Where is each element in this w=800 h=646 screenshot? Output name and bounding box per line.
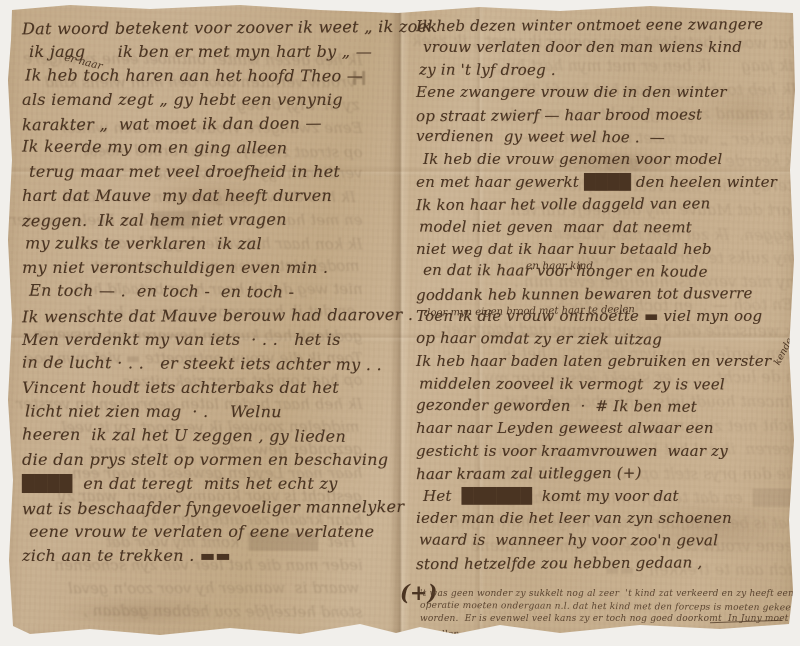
handwriting-line: my zulks te verklaren ik zal xyxy=(25,231,437,256)
handwriting-line: model niet geven maar dat neemt xyxy=(419,215,777,238)
handwriting-line: zy in 't lyf droeg . xyxy=(419,58,777,81)
letter-sheet: Ik heb dezen winter ontmoet eene zwanger… xyxy=(0,0,800,646)
handwriting-line: waard is wanneer hy voor zoo'n geval xyxy=(10,577,360,601)
handwriting-line: Ik heb dezen winter ontmoet eene zwanger… xyxy=(416,13,777,38)
handwriting-line: zeggen. Ik zal hem niet vragen xyxy=(22,207,437,234)
handwriting-line: goddank heb kunnen bewaren tot dusverre xyxy=(416,282,777,307)
handwriting-line: Dat woord betekent voor zoover ik weet „… xyxy=(22,15,437,42)
handwriting-line: heeren ik zal het U zeggen , gy lieden xyxy=(22,423,438,450)
handwriting-line: verdienen gy weet wel hoe . — xyxy=(416,125,777,150)
footnote-line: 't was geen wonder zy sukkelt nog al zee… xyxy=(406,588,800,601)
handwriting-line: Ik heb die vrouw genomen voor model xyxy=(423,148,777,170)
handwriting-line: op straat zwierf — haar brood moest xyxy=(416,103,777,128)
right-page: Dat woord betekent voor zoover ik weet „… xyxy=(398,0,800,646)
handwriting-line: stond hetzelfde zou hebben gedaan , xyxy=(10,599,363,624)
handwriting-line: haar kraam zal uitleggen (+) xyxy=(416,461,777,486)
handwriting-line: haar naar Leyden geweest alwaar een xyxy=(416,417,777,439)
handwriting-line: Ik kon haar het volle daggeld van een xyxy=(416,192,777,217)
left-page: Ik heb dezen winter ontmoet eene zwanger… xyxy=(0,0,398,646)
handwriting-line: En toch — . en toch - en toch - xyxy=(29,279,438,306)
handwriting-line: op haar omdat zy er ziek uitzag xyxy=(416,326,777,351)
footnote-lines: 't was geen wonder zy sukkelt nog al zee… xyxy=(406,588,800,638)
handwriting-line: waard is wanneer hy voor zoo'n geval xyxy=(419,529,777,552)
handwriting-line: gezonder geworden · # Ik ben met xyxy=(416,394,777,419)
interlinear-insert-en-haar-kind: en haar kind xyxy=(526,260,593,272)
handwriting-line: karakter „ wat moet ik dan doen — xyxy=(22,111,437,138)
handwriting-line: ████ en dat teregt mits het echt zy xyxy=(22,472,437,496)
handwriting-line: Ik keerde my om en ging alleen xyxy=(22,135,438,162)
handwriting-line: vrouw verlaten door den man wiens kind xyxy=(423,36,777,58)
handwriting-line: eene vrouw te verlaten of eene verlatene xyxy=(29,520,437,544)
handwriting-line: Men verdenkt my van iets · . . het is xyxy=(22,328,437,352)
handwriting-line: niet weg dat ik haar huur betaald heb xyxy=(416,238,777,260)
right-lines: Ik heb dezen winter ontmoet eene zwanger… xyxy=(416,14,777,574)
handwriting-line: licht niet zien mag · . Welnu xyxy=(25,399,437,424)
left-lines: Dat woord betekent voor zoover ik weet „… xyxy=(22,16,437,568)
handwriting-line: Ik wenschte dat Mauve berouw had daarove… xyxy=(22,303,437,330)
handwriting-line: zich aan te trekken . ▬▬ xyxy=(22,544,437,568)
handwriting-line: wat is beschaafder fyngevoeliger mannely… xyxy=(22,495,437,522)
handwriting-line: hart dat Mauve my dat heeft durven xyxy=(22,184,437,208)
footnote-line: operatie moeten ondergaan n.l. dat het k… xyxy=(406,599,800,614)
handwriting-line: en met haar gewerkt ████ den heelen wint… xyxy=(416,171,777,193)
handwriting-line: en dat ik haar voor honger en koude xyxy=(423,259,777,284)
handwriting-line: Ik heb haar baden laten gebruiken en ver… xyxy=(416,350,777,372)
handwriting-line: stond hetzelfde zou hebben gedaan , xyxy=(416,551,777,576)
handwriting-line: als iemand zegt „ gy hebt een venynig xyxy=(22,88,437,112)
handwriting-line: die dan prys stelt op vormen en beschavi… xyxy=(22,448,437,472)
scanned-letter-view: Ik heb dezen winter ontmoet eene zwanger… xyxy=(0,0,800,646)
handwriting-line: gesticht is voor kraamvrouwen waar zy xyxy=(416,440,777,462)
handwriting-line: Het ██████ komt my voor dat xyxy=(423,485,777,507)
handwriting-line: middelen zooveel ik vermogt zy is veel xyxy=(419,372,777,395)
handwriting-line: terug maar met veel droefheid in het xyxy=(29,160,437,184)
handwriting-line: in de lucht · . . er steekt iets achter … xyxy=(22,351,438,378)
handwriting-line: ieder man die het leer van zyn schoenen xyxy=(416,507,777,529)
handwriting-line: Eene zwangere vrouw die in den winter xyxy=(416,81,777,103)
handwriting-line: my niet verontschuldigen even min . xyxy=(22,256,437,280)
collection-stamp-h: H xyxy=(352,68,366,91)
handwriting-line: Vincent houdt iets achterbaks dat het xyxy=(22,376,437,400)
